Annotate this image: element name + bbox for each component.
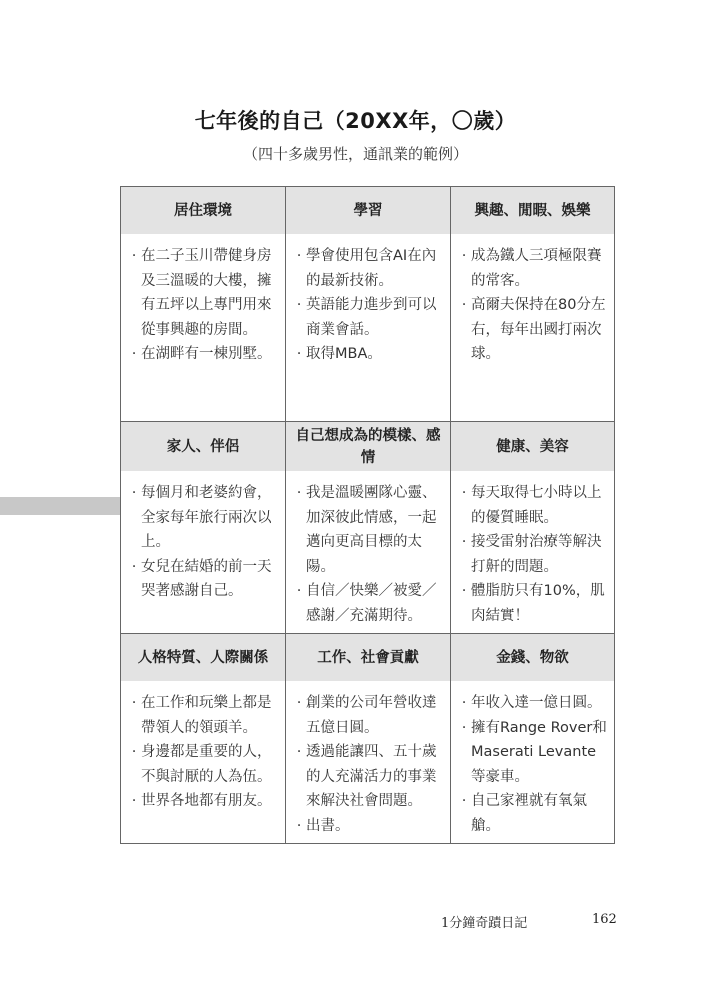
- list-item: ·每個月和老婆約會，全家每年旅行兩次以上。: [127, 481, 281, 555]
- list-item: ·我是溫暖團隊心靈、加深彼此情感，一起邁向更高目標的太陽。: [292, 481, 446, 579]
- header-personality: 人格特質、人際關係: [121, 633, 286, 681]
- list-item: ·身邊都是重要的人，不與討厭的人為伍。: [127, 740, 281, 789]
- cell-money: ·年收入達一億日圓。 ·擁有Range Rover和Maserati Levan…: [451, 681, 614, 843]
- list-item: ·每天取得七小時以上的優質睡眠。: [457, 481, 610, 530]
- list-item: ·出書。: [292, 814, 446, 839]
- header-family: 家人、伴侶: [121, 421, 286, 471]
- cell-living: ·在二子玉川帶健身房及三溫暖的大樓，擁有五坪以上專門用來從事興趣的房間。 ·在湖…: [121, 234, 286, 421]
- cell-learning: ·學會使用包含AI在內的最新技術。 ·英語能力進步到可以商業會話。 ·取得MBA…: [286, 234, 451, 421]
- cell-hobbies: ·成為鐵人三項極限賽的常客。 ·高爾夫保持在80分左右，每年出國打兩次球。: [451, 234, 614, 421]
- cell-health: ·每天取得七小時以上的優質睡眠。 ·接受雷射治療等解決打鼾的問題。 ·體脂肪只有…: [451, 471, 614, 633]
- cell-family: ·每個月和老婆約會，全家每年旅行兩次以上。 ·女兒在結婚的前一天哭著感謝自己。: [121, 471, 286, 633]
- list-item: ·體脂肪只有10%，肌肉結實！: [457, 579, 610, 628]
- list-item: ·成為鐵人三項極限賽的常客。: [457, 244, 610, 293]
- list-item: ·透過能讓四、五十歲的人充滿活力的事業來解決社會問題。: [292, 740, 446, 814]
- header-money: 金錢、物欲: [451, 633, 614, 681]
- list-item: ·高爾夫保持在80分左右，每年出國打兩次球。: [457, 293, 610, 367]
- page-title: 七年後的自己（20XX年，〇歲）: [0, 105, 711, 135]
- list-item: ·自信／快樂／被愛／感謝／充滿期待。: [292, 579, 446, 628]
- side-tab-marker: [0, 497, 120, 515]
- goals-grid: 居住環境 學習 興趣、閒暇、娛樂 ·在二子玉川帶健身房及三溫暖的大樓，擁有五坪以…: [120, 186, 615, 844]
- header-hobbies: 興趣、閒暇、娛樂: [451, 187, 614, 234]
- header-health: 健康、美容: [451, 421, 614, 471]
- cell-personality: ·在工作和玩樂上都是帶領人的領頭羊。 ·身邊都是重要的人，不與討厭的人為伍。 ·…: [121, 681, 286, 843]
- list-item: ·學會使用包含AI在內的最新技術。: [292, 244, 446, 293]
- page-number: 162: [592, 912, 617, 927]
- list-item: ·英語能力進步到可以商業會話。: [292, 293, 446, 342]
- list-item: ·女兒在結婚的前一天哭著感謝自己。: [127, 555, 281, 604]
- list-item: ·年收入達一億日圓。: [457, 691, 610, 716]
- list-item: ·取得MBA。: [292, 342, 446, 367]
- list-item: ·接受雷射治療等解決打鼾的問題。: [457, 530, 610, 579]
- header-work: 工作、社會貢獻: [286, 633, 451, 681]
- list-item: ·在工作和玩樂上都是帶領人的領頭羊。: [127, 691, 281, 740]
- cell-ideal-self: ·我是溫暖團隊心靈、加深彼此情感，一起邁向更高目標的太陽。 ·自信／快樂／被愛／…: [286, 471, 451, 633]
- footer-book-title: 1分鐘奇蹟日記: [441, 912, 527, 931]
- header-learning: 學習: [286, 187, 451, 234]
- header-ideal-self: 自己想成為的模樣、感情: [286, 421, 451, 471]
- list-item: ·擁有Range Rover和Maserati Levante等豪車。: [457, 716, 610, 790]
- cell-work: ·創業的公司年營收達五億日圓。 ·透過能讓四、五十歲的人充滿活力的事業來解決社會…: [286, 681, 451, 843]
- list-item: ·世界各地都有朋友。: [127, 789, 281, 814]
- page-subtitle: （四十多歲男性，通訊業的範例）: [0, 143, 711, 164]
- list-item: ·在二子玉川帶健身房及三溫暖的大樓，擁有五坪以上專門用來從事興趣的房間。: [127, 244, 281, 342]
- list-item: ·創業的公司年營收達五億日圓。: [292, 691, 446, 740]
- header-living: 居住環境: [121, 187, 286, 234]
- list-item: ·自己家裡就有氧氣艙。: [457, 789, 610, 838]
- list-item: ·在湖畔有一棟別墅。: [127, 342, 281, 367]
